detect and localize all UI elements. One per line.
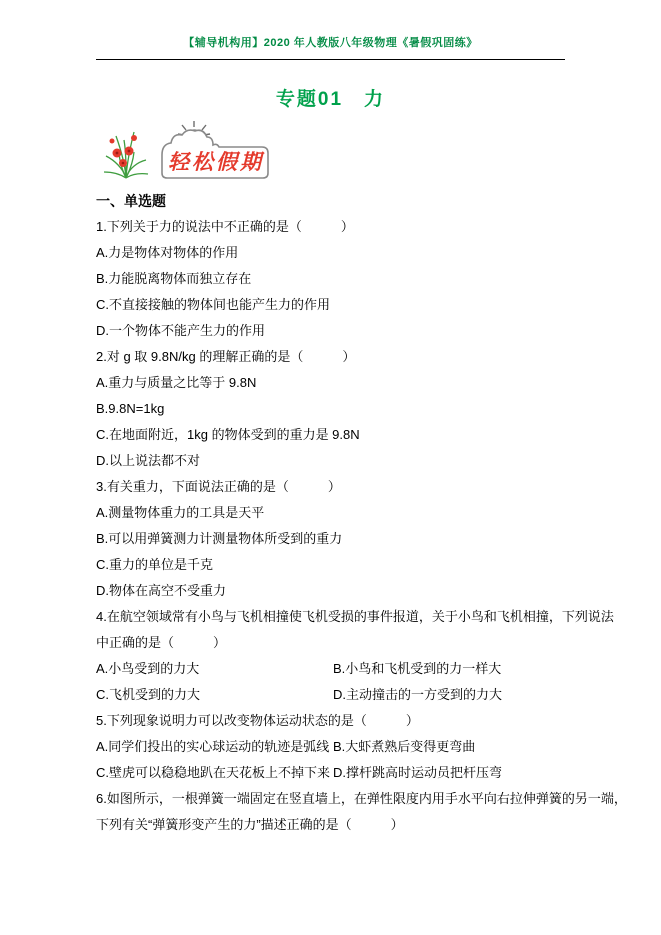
option-d: D.物体在高空不受重力 (96, 578, 574, 604)
options-grid: A.小鸟受到的力大 B.小鸟和飞机受到的力一样大 C.飞机受到的力大 D.主动撞… (96, 656, 574, 708)
option-c: C.在地面附近，1kg 的物体受到的重力是 9.8N (96, 422, 574, 448)
document-page: 【辅导机构用】2020 年人教版八年级物理《暑假巩固练》 专题01 力 (0, 0, 661, 935)
question-stem-cont: 下列有关“弹簧形变产生的力”描述正确的是（ ） (96, 812, 574, 838)
question-stem: 2.对 g 取 9.8N/kg 的理解正确的是（ ） (96, 344, 574, 370)
option-a: A.重力与质量之比等于 9.8N (96, 370, 574, 396)
section-title: 一、单选题 (96, 188, 574, 214)
question-1: 1.下列关于力的说法中不正确的是（ ） A.力是物体对物体的作用 B.力能脱离物… (96, 214, 574, 344)
question-stem-cont: 中正确的是（ ） (96, 630, 574, 656)
option-c: C.飞机受到的力大 (96, 682, 333, 708)
option-c: C.重力的单位是千克 (96, 552, 574, 578)
question-stem: 1.下列关于力的说法中不正确的是（ ） (96, 214, 574, 240)
option-b: B.9.8N=1kg (96, 396, 574, 422)
question-5: 5.下列现象说明力可以改变物体运动状态的是（ ） A.同学们投出的实心球运动的轨… (96, 708, 574, 786)
question-list: 一、单选题 1.下列关于力的说法中不正确的是（ ） A.力是物体对物体的作用 B… (96, 188, 574, 838)
option-a: A.测量物体重力的工具是天平 (96, 500, 574, 526)
question-4: 4.在航空领域常有小鸟与飞机相撞使飞机受损的事件报道，关于小鸟和飞机相撞，下列说… (96, 604, 574, 708)
header-title: 【辅导机构用】2020 年人教版八年级物理《暑假巩固练》 (183, 37, 478, 49)
option-d: D.以上说法都不对 (96, 448, 574, 474)
option-a: A.同学们投出的实心球运动的轨迹是弧线 (96, 734, 333, 760)
option-b: B.力能脱离物体而独立存在 (96, 266, 574, 292)
option-a: A.力是物体对物体的作用 (96, 240, 574, 266)
option-d: D.撑杆跳高时运动员把杆压弯 (333, 760, 574, 786)
option-c: C.壁虎可以稳稳地趴在天花板上不掉下来 (96, 760, 333, 786)
flowers-illustration (104, 132, 148, 178)
question-stem: 6.如图所示，一根弹簧一端固定在竖直墙上，在弹性限度内用手水平向右拉伸弹簧的另一… (96, 786, 574, 812)
question-2: 2.对 g 取 9.8N/kg 的理解正确的是（ ） A.重力与质量之比等于 9… (96, 344, 574, 474)
flower-blossoms (110, 135, 138, 167)
document-header: 【辅导机构用】2020 年人教版八年级物理《暑假巩固练》 (96, 34, 565, 60)
option-d: D.一个物体不能产生力的作用 (96, 318, 574, 344)
option-b: B.小鸟和飞机受到的力一样大 (333, 656, 574, 682)
question-3: 3.有关重力，下面说法正确的是（ ） A.测量物体重力的工具是天平 B.可以用弹… (96, 474, 574, 604)
option-c: C.不直接接触的物体间也能产生力的作用 (96, 292, 574, 318)
question-stem: 3.有关重力，下面说法正确的是（ ） (96, 474, 574, 500)
option-a: A.小鸟受到的力大 (96, 656, 333, 682)
question-stem: 5.下列现象说明力可以改变物体运动状态的是（ ） (96, 708, 574, 734)
holiday-banner: 轻松假期 (96, 118, 281, 182)
page-title: 专题01 力 (0, 84, 661, 111)
option-b: B.可以用弹簧测力计测量物体所受到的重力 (96, 526, 574, 552)
options-grid: A.同学们投出的实心球运动的轨迹是弧线 B.大虾煮熟后变得更弯曲 C.壁虎可以稳… (96, 734, 574, 786)
option-b: B.大虾煮熟后变得更弯曲 (333, 734, 574, 760)
question-6: 6.如图所示，一根弹簧一端固定在竖直墙上，在弹性限度内用手水平向右拉伸弹簧的另一… (96, 786, 574, 838)
question-stem: 4.在航空领域常有小鸟与飞机相撞使飞机受损的事件报道，关于小鸟和飞机相撞，下列说… (96, 604, 574, 630)
banner-illustration: 轻松假期 (96, 118, 281, 182)
banner-text: 轻松假期 (168, 150, 265, 174)
option-d: D.主动撞击的一方受到的力大 (333, 682, 574, 708)
